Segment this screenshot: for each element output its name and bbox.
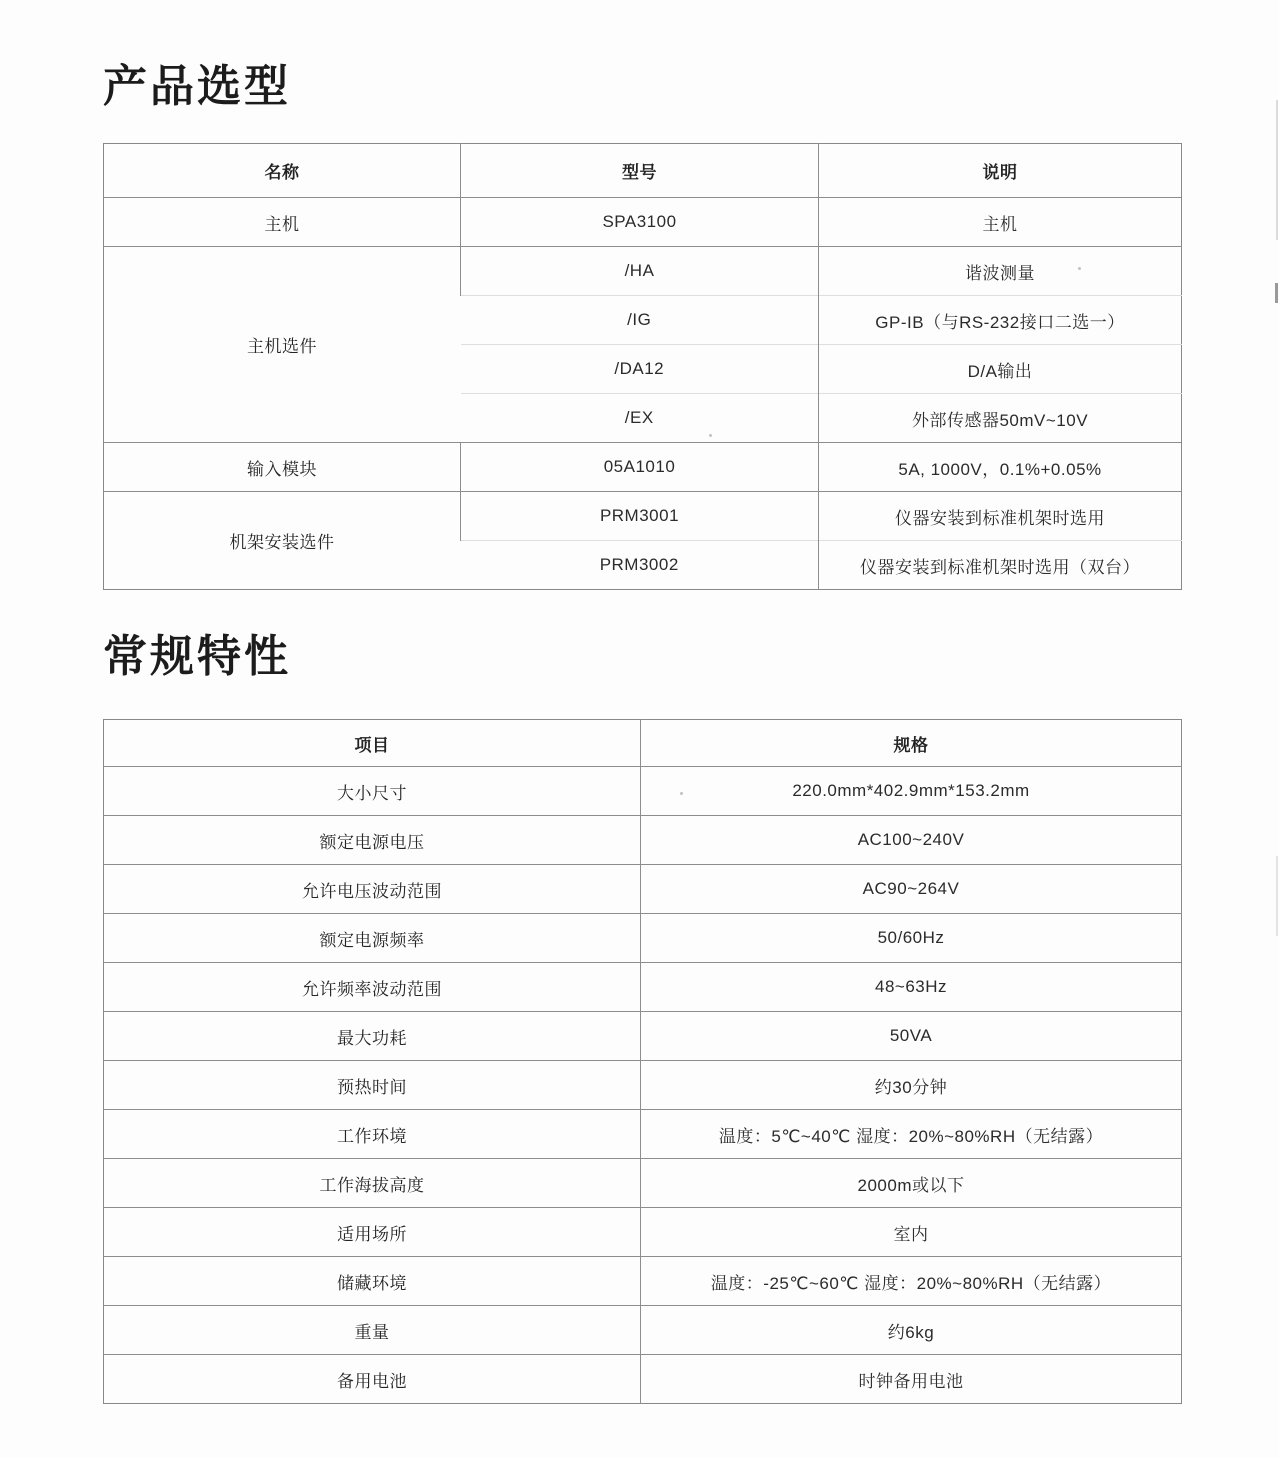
cell-item: 备用电池 [104, 1355, 641, 1404]
cell-model: 05A1010 [461, 443, 819, 492]
cell-item: 允许电压波动范围 [104, 865, 641, 914]
product-selection-table: 名称 型号 说明 主机 SPA3100 主机 主机选件 /HA 谐波测量 /IG… [103, 143, 1182, 590]
scan-edge-artifact [1276, 100, 1278, 240]
cell-model: /IG [461, 296, 819, 345]
table-row-rated-voltage: 额定电源电压 AC100~240V [104, 816, 1182, 865]
section-title-product-selection: 产品选型 [103, 64, 291, 110]
cell-model: PRM3002 [461, 541, 819, 590]
table-row-rackmount-prm3001: 机架安装选件 PRM3001 仪器安装到标准机架时选用 [104, 492, 1182, 541]
cell-description: 5A, 1000V，0.1%+0.05% [819, 443, 1182, 492]
cell-model: SPA3100 [461, 198, 819, 247]
table-row-rated-frequency: 额定电源频率 50/60Hz [104, 914, 1182, 963]
column-header-name: 名称 [104, 144, 461, 198]
table-row-usage-location: 适用场所 室内 [104, 1208, 1182, 1257]
cell-item: 预热时间 [104, 1061, 641, 1110]
table-row-input-module: 输入模块 05A1010 5A, 1000V，0.1%+0.05% [104, 443, 1182, 492]
cell-item: 工作环境 [104, 1110, 641, 1159]
table-row-mainframe: 主机 SPA3100 主机 [104, 198, 1182, 247]
scan-speck [680, 792, 683, 795]
cell-spec: 约30分钟 [641, 1061, 1182, 1110]
cell-item: 适用场所 [104, 1208, 641, 1257]
column-header-spec: 规格 [641, 720, 1182, 767]
scan-speck [709, 434, 712, 437]
table-row-warmup-time: 预热时间 约30分钟 [104, 1061, 1182, 1110]
table-row-voltage-range: 允许电压波动范围 AC90~264V [104, 865, 1182, 914]
table-row-frequency-range: 允许频率波动范围 48~63Hz [104, 963, 1182, 1012]
cell-model: /EX [461, 394, 819, 443]
cell-model: /HA [461, 247, 819, 296]
cell-spec: 50VA [641, 1012, 1182, 1061]
cell-spec: 温度：5℃~40℃ 湿度：20%~80%RH（无结露） [641, 1110, 1182, 1159]
cell-item: 额定电源电压 [104, 816, 641, 865]
cell-spec: 220.0mm*402.9mm*153.2mm [641, 767, 1182, 816]
table-row-weight: 重量 约6kg [104, 1306, 1182, 1355]
cell-item: 大小尺寸 [104, 767, 641, 816]
cell-description: GP-IB（与RS-232接口二选一） [819, 296, 1182, 345]
cell-spec: 50/60Hz [641, 914, 1182, 963]
cell-group-name: 输入模块 [104, 443, 461, 492]
cell-spec: 室内 [641, 1208, 1182, 1257]
product-table-header-row: 名称 型号 说明 [104, 144, 1182, 198]
column-header-model: 型号 [461, 144, 819, 198]
table-row-operating-altitude: 工作海拔高度 2000m或以下 [104, 1159, 1182, 1208]
table-row-operating-environment: 工作环境 温度：5℃~40℃ 湿度：20%~80%RH（无结露） [104, 1110, 1182, 1159]
cell-group-name: 机架安装选件 [104, 492, 461, 590]
cell-description: D/A输出 [819, 345, 1182, 394]
cell-spec: 2000m或以下 [641, 1159, 1182, 1208]
cell-description: 仪器安装到标准机架时选用（双台） [819, 541, 1182, 590]
cell-description: 主机 [819, 198, 1182, 247]
table-row-mainframe-option-ha: 主机选件 /HA 谐波测量 [104, 247, 1182, 296]
table-row-dimensions: 大小尺寸 220.0mm*402.9mm*153.2mm [104, 767, 1182, 816]
cell-item: 最大功耗 [104, 1012, 641, 1061]
cell-group-name: 主机选件 [104, 247, 461, 443]
column-header-item: 项目 [104, 720, 641, 767]
table-row-max-power: 最大功耗 50VA [104, 1012, 1182, 1061]
general-characteristics-table: 项目 规格 大小尺寸 220.0mm*402.9mm*153.2mm 额定电源电… [103, 719, 1182, 1404]
cell-model: PRM3001 [461, 492, 819, 541]
cell-model: /DA12 [461, 345, 819, 394]
cell-spec: 48~63Hz [641, 963, 1182, 1012]
cell-description: 谐波测量 [819, 247, 1182, 296]
cell-item: 重量 [104, 1306, 641, 1355]
column-header-description: 说明 [819, 144, 1182, 198]
cell-group-name: 主机 [104, 198, 461, 247]
table-row-storage-environment: 储藏环境 温度：-25℃~60℃ 湿度：20%~80%RH（无结露） [104, 1257, 1182, 1306]
cell-spec: 约6kg [641, 1306, 1182, 1355]
table-row-backup-battery: 备用电池 时钟备用电池 [104, 1355, 1182, 1404]
general-table-header-row: 项目 规格 [104, 720, 1182, 767]
cell-spec: 温度：-25℃~60℃ 湿度：20%~80%RH（无结露） [641, 1257, 1182, 1306]
cell-spec: AC100~240V [641, 816, 1182, 865]
section-title-general-characteristics: 常规特性 [103, 634, 291, 680]
cell-item: 额定电源频率 [104, 914, 641, 963]
cell-description: 外部传感器50mV~10V [819, 394, 1182, 443]
cell-description: 仪器安装到标准机架时选用 [819, 492, 1182, 541]
cell-item: 储藏环境 [104, 1257, 641, 1306]
cell-item: 工作海拔高度 [104, 1159, 641, 1208]
scan-edge-artifact [1276, 856, 1278, 936]
scan-speck [1078, 267, 1081, 270]
cell-spec: 时钟备用电池 [641, 1355, 1182, 1404]
scan-edge-artifact [1275, 283, 1278, 303]
cell-spec: AC90~264V [641, 865, 1182, 914]
cell-item: 允许频率波动范围 [104, 963, 641, 1012]
scanned-spec-page: { "page": { "background_color": "#fdfdfd… [0, 0, 1279, 1457]
